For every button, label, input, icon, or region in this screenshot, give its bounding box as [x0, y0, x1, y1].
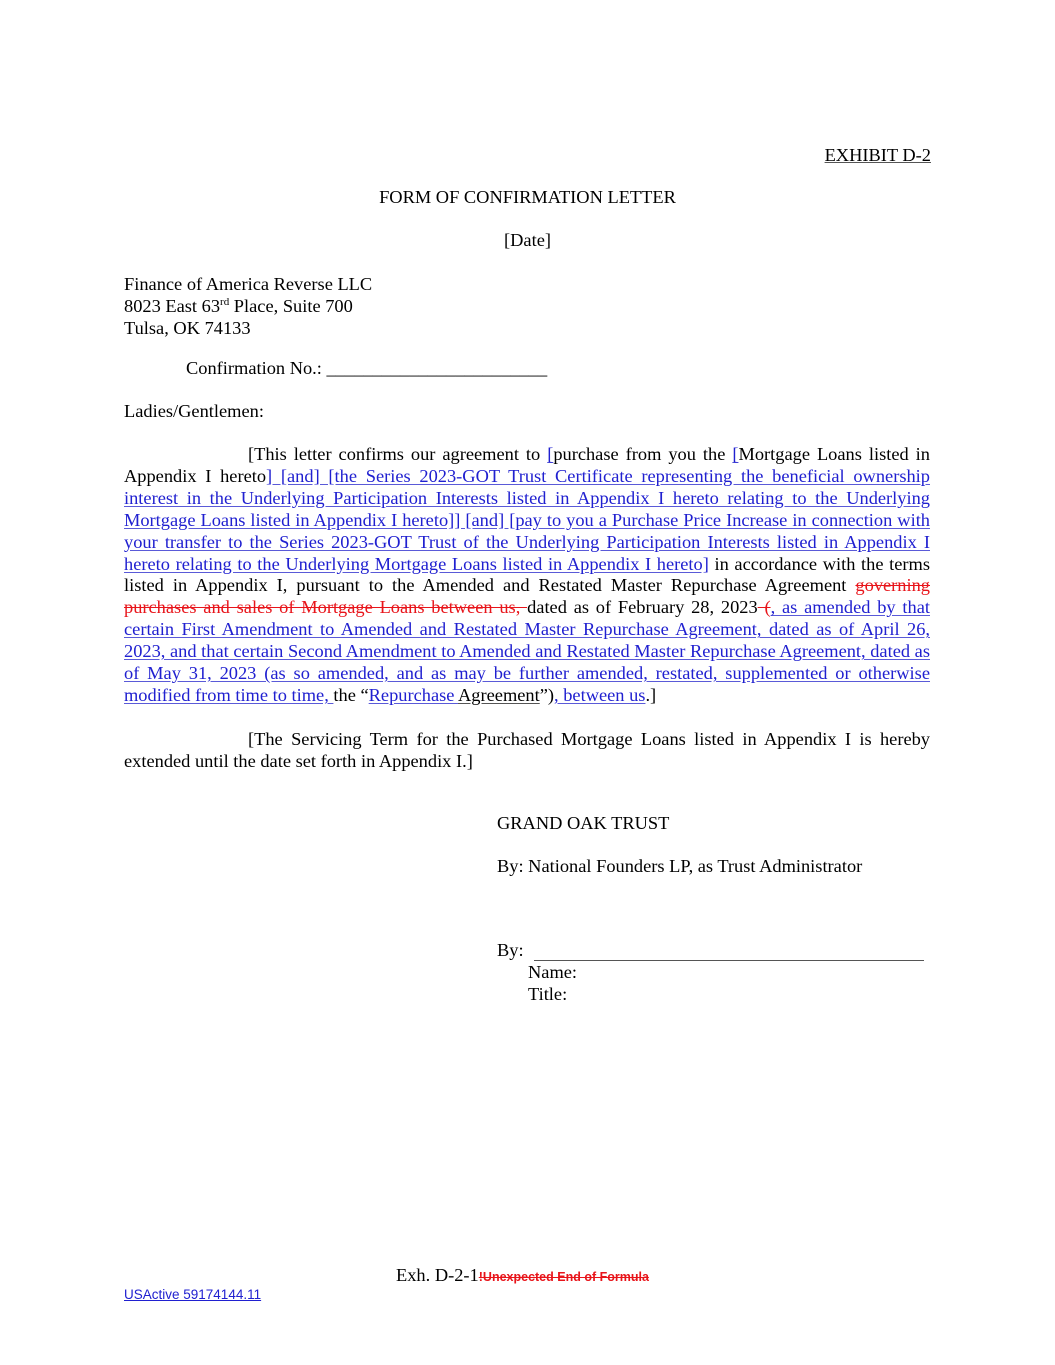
- document-id-link[interactable]: USActive 59174144.11: [124, 1287, 261, 1302]
- signature-by-label: By:: [497, 940, 524, 960]
- confirmation-label: Confirmation No.:: [186, 358, 322, 378]
- date-placeholder: [Date]: [0, 230, 1055, 251]
- addressee-name: Finance of America Reverse LLC: [124, 273, 372, 295]
- paragraph-text: the “: [333, 685, 368, 705]
- paragraph-text: ”): [540, 685, 554, 705]
- ordinal-suffix: rd: [220, 296, 229, 308]
- field-code-error: !Unexpected End of Formula: [479, 1270, 649, 1284]
- exhibit-label: EXHIBIT D-2: [825, 145, 931, 166]
- tracked-deletion: (: [758, 597, 771, 617]
- page-footer: Exh. D-2-1!Unexpected End of Formula: [396, 1265, 649, 1286]
- servicing-term-text: [The Servicing Term for the Purchased Mo…: [124, 729, 930, 771]
- paragraph-text: [This letter confirms our agreement to: [248, 444, 547, 464]
- signature-by-line: By:: [497, 940, 924, 961]
- street-number: 8023 East 63: [124, 296, 220, 316]
- addressee-block: Finance of America Reverse LLC 8023 East…: [124, 273, 372, 339]
- signatory-administrator: By: National Founders LP, as Trust Admin…: [497, 856, 862, 877]
- tracked-insertion: Repurchase: [369, 685, 458, 705]
- page-number: Exh. D-2-1: [396, 1265, 479, 1285]
- street-rest: Place, Suite 700: [229, 296, 353, 316]
- signature-name-label: Name:: [528, 962, 577, 983]
- addressee-city: Tulsa, OK 74133: [124, 317, 372, 339]
- paragraph-text: purchase from you the: [553, 444, 732, 464]
- signatory-entity: GRAND OAK TRUST: [497, 813, 669, 834]
- confirmation-number: Confirmation No.: ______________________…: [186, 358, 547, 379]
- document-title: FORM OF CONFIRMATION LETTER: [0, 187, 1055, 208]
- tracked-insertion: , between us: [554, 685, 645, 705]
- underlined-text: Agreement: [458, 685, 540, 705]
- signature-field[interactable]: [534, 942, 924, 961]
- signature-title-label: Title:: [528, 984, 567, 1005]
- paragraph-text: dated as of February 28, 2023: [527, 597, 758, 617]
- paragraph-text: .]: [645, 685, 656, 705]
- addressee-street: 8023 East 63rd Place, Suite 700: [124, 295, 372, 317]
- confirmation-paragraph: [This letter confirms our agreement to […: [124, 444, 930, 707]
- salutation: Ladies/Gentlemen:: [124, 401, 264, 422]
- confirmation-blank: ________________________: [326, 358, 547, 378]
- servicing-term-paragraph: [The Servicing Term for the Purchased Mo…: [124, 729, 930, 773]
